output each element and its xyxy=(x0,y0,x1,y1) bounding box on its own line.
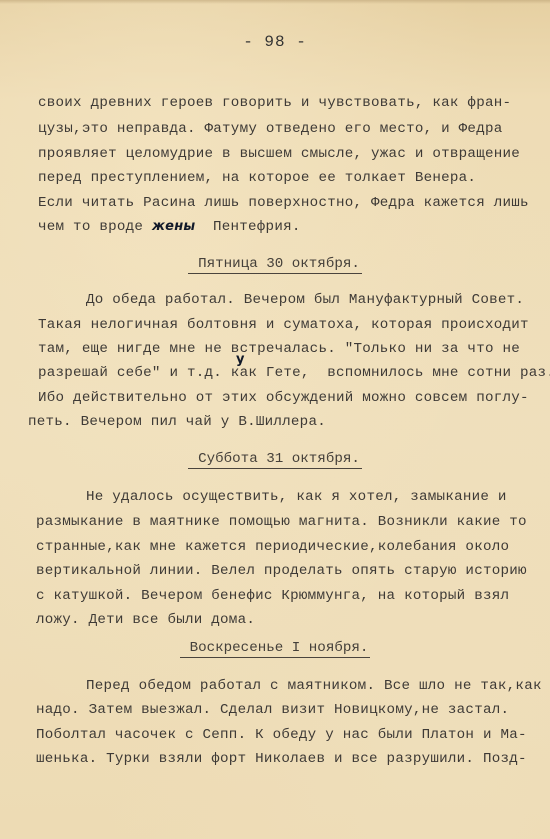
text-line: размыкание в маятнике помощью магнита. В… xyxy=(36,513,527,531)
page-number: - 98 - xyxy=(0,33,550,51)
text-line: странные,как мне кажется периодические,к… xyxy=(36,538,509,556)
text-line: вертикальной линии. Велел проделать опят… xyxy=(36,562,527,580)
text-line: разрешай себе" и т.д. как Гете, вспомнил… xyxy=(38,364,550,382)
handwritten-insert: жены xyxy=(152,219,196,234)
section-heading: Пятница 30 октября. xyxy=(0,256,550,272)
text-fragment xyxy=(195,219,213,235)
text-line: надо. Затем выезжал. Сделал визит Новицк… xyxy=(36,701,509,719)
text-line: цузы,это неправда. Фатуму отведено его м… xyxy=(38,120,503,138)
text-line: Если читать Расина лишь поверхностно, Фе… xyxy=(38,194,529,212)
heading-text: Воскресенье I ноября. xyxy=(180,640,371,658)
text-line: с катушкой. Вечером бенефис Крюммунга, н… xyxy=(36,587,509,605)
text-line: шенька. Турки взяли форт Николаев и все … xyxy=(36,750,527,768)
text-line: своих древних героев говорить и чувствов… xyxy=(38,94,511,112)
text-line: перед преступлением, на которое ее толка… xyxy=(38,169,476,187)
text-line: До обеда работал. Вечером был Мануфактур… xyxy=(86,291,524,309)
text-line: Ибо действительно от этих обсуждений мож… xyxy=(38,389,529,407)
text-line: там, еще нигде мне не встречалась. "Толь… xyxy=(38,340,520,358)
text-line: Такая нелогичная болтовня и суматоха, ко… xyxy=(38,316,529,334)
section-heading: Суббота 31 октября. xyxy=(0,451,550,467)
text-line: Перед обедом работал с маятником. Все шл… xyxy=(86,677,542,695)
paper-top-edge xyxy=(0,0,550,4)
text-line: ложу. Дети все были дома. xyxy=(36,611,255,629)
text-fragment: чем то вроде xyxy=(38,219,152,235)
heading-text: Суббота 31 октября. xyxy=(188,451,362,469)
text-line: Не удалось осуществить, как я хотел, зам… xyxy=(86,488,507,506)
document-page: - 98 - своих древних героев говорить и ч… xyxy=(0,0,550,839)
text-fragment: Пентефрия. xyxy=(213,219,301,235)
heading-text: Пятница 30 октября. xyxy=(188,256,362,274)
text-line: петь. Вечером пил чай у В.Шиллера. xyxy=(28,413,326,431)
text-line: проявляет целомудрие в высшем смысле, уж… xyxy=(38,145,520,163)
text-line: чем то вроде жены Пентефрия. xyxy=(38,218,301,236)
text-line: Поболтал часочек с Сепп. К обеду у нас б… xyxy=(36,726,527,744)
section-heading: Воскресенье I ноября. xyxy=(0,640,550,656)
